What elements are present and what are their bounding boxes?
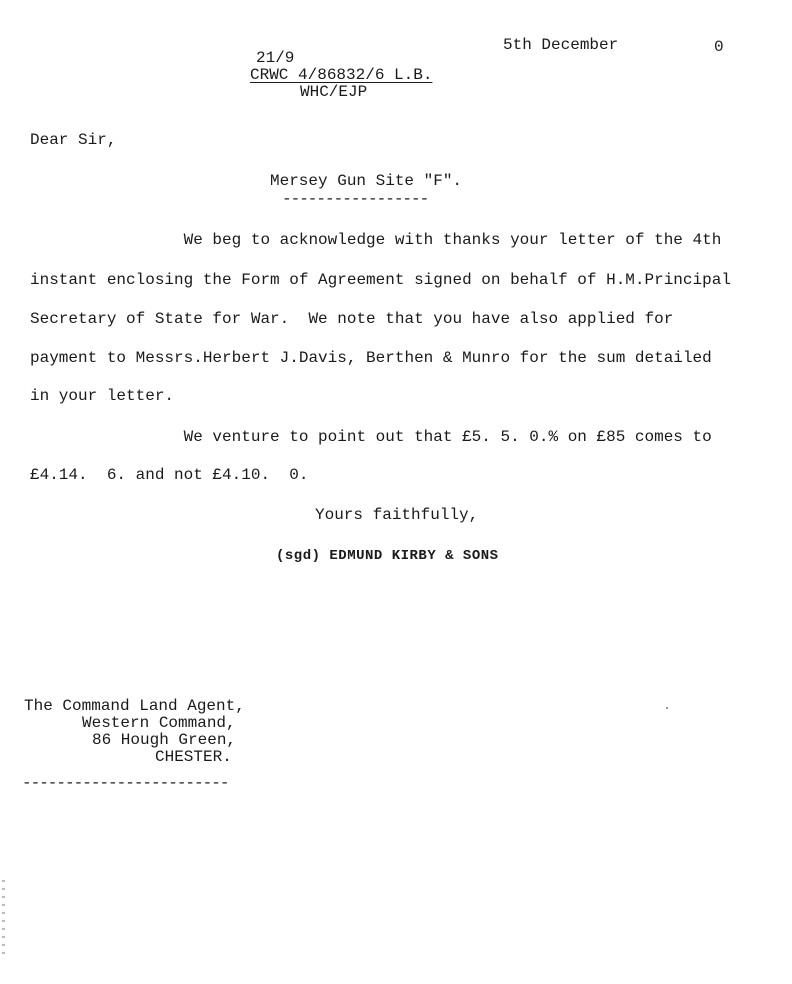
body-line: instant enclosing the Form of Agreement … <box>30 271 770 289</box>
scan-speck <box>666 707 668 709</box>
closing: Yours faithfully, <box>315 506 478 524</box>
recipient-line-2: Western Command, <box>82 715 236 732</box>
letter-date: 5th December <box>503 36 618 54</box>
recipient-underline: ------------------------ <box>22 774 228 792</box>
subject-underline: ----------------- <box>282 190 428 208</box>
recipient-line-4: CHESTER. <box>155 749 232 766</box>
signature: (sgd) EDMUND KIRBY & SONS <box>276 548 499 564</box>
recipient-line-1: The Command Land Agent, <box>24 698 245 715</box>
letter-date-year: 0 <box>714 38 724 56</box>
body-line: £4.14. 6. and not £4.10. 0. <box>30 466 770 484</box>
body-line: We venture to point out that £5. 5. 0.% … <box>30 428 770 446</box>
body-line: Secretary of State for War. We note that… <box>30 310 770 328</box>
recipient-line-3: 86 Hough Green, <box>92 732 236 749</box>
scan-margin-artifact <box>2 880 5 960</box>
body-line: in your letter. <box>30 387 770 405</box>
reference-line-3: WHC/EJP <box>300 84 367 101</box>
salutation: Dear Sir, <box>30 131 116 149</box>
subject-heading: Mersey Gun Site "F". <box>270 172 462 190</box>
reference-line-1: 21/9 <box>256 50 294 67</box>
reference-line-2: CRWC 4/86832/6 L.B. <box>250 67 432 84</box>
body-line: payment to Messrs.Herbert J.Davis, Berth… <box>30 349 770 367</box>
body-line: We beg to acknowledge with thanks your l… <box>30 231 770 249</box>
